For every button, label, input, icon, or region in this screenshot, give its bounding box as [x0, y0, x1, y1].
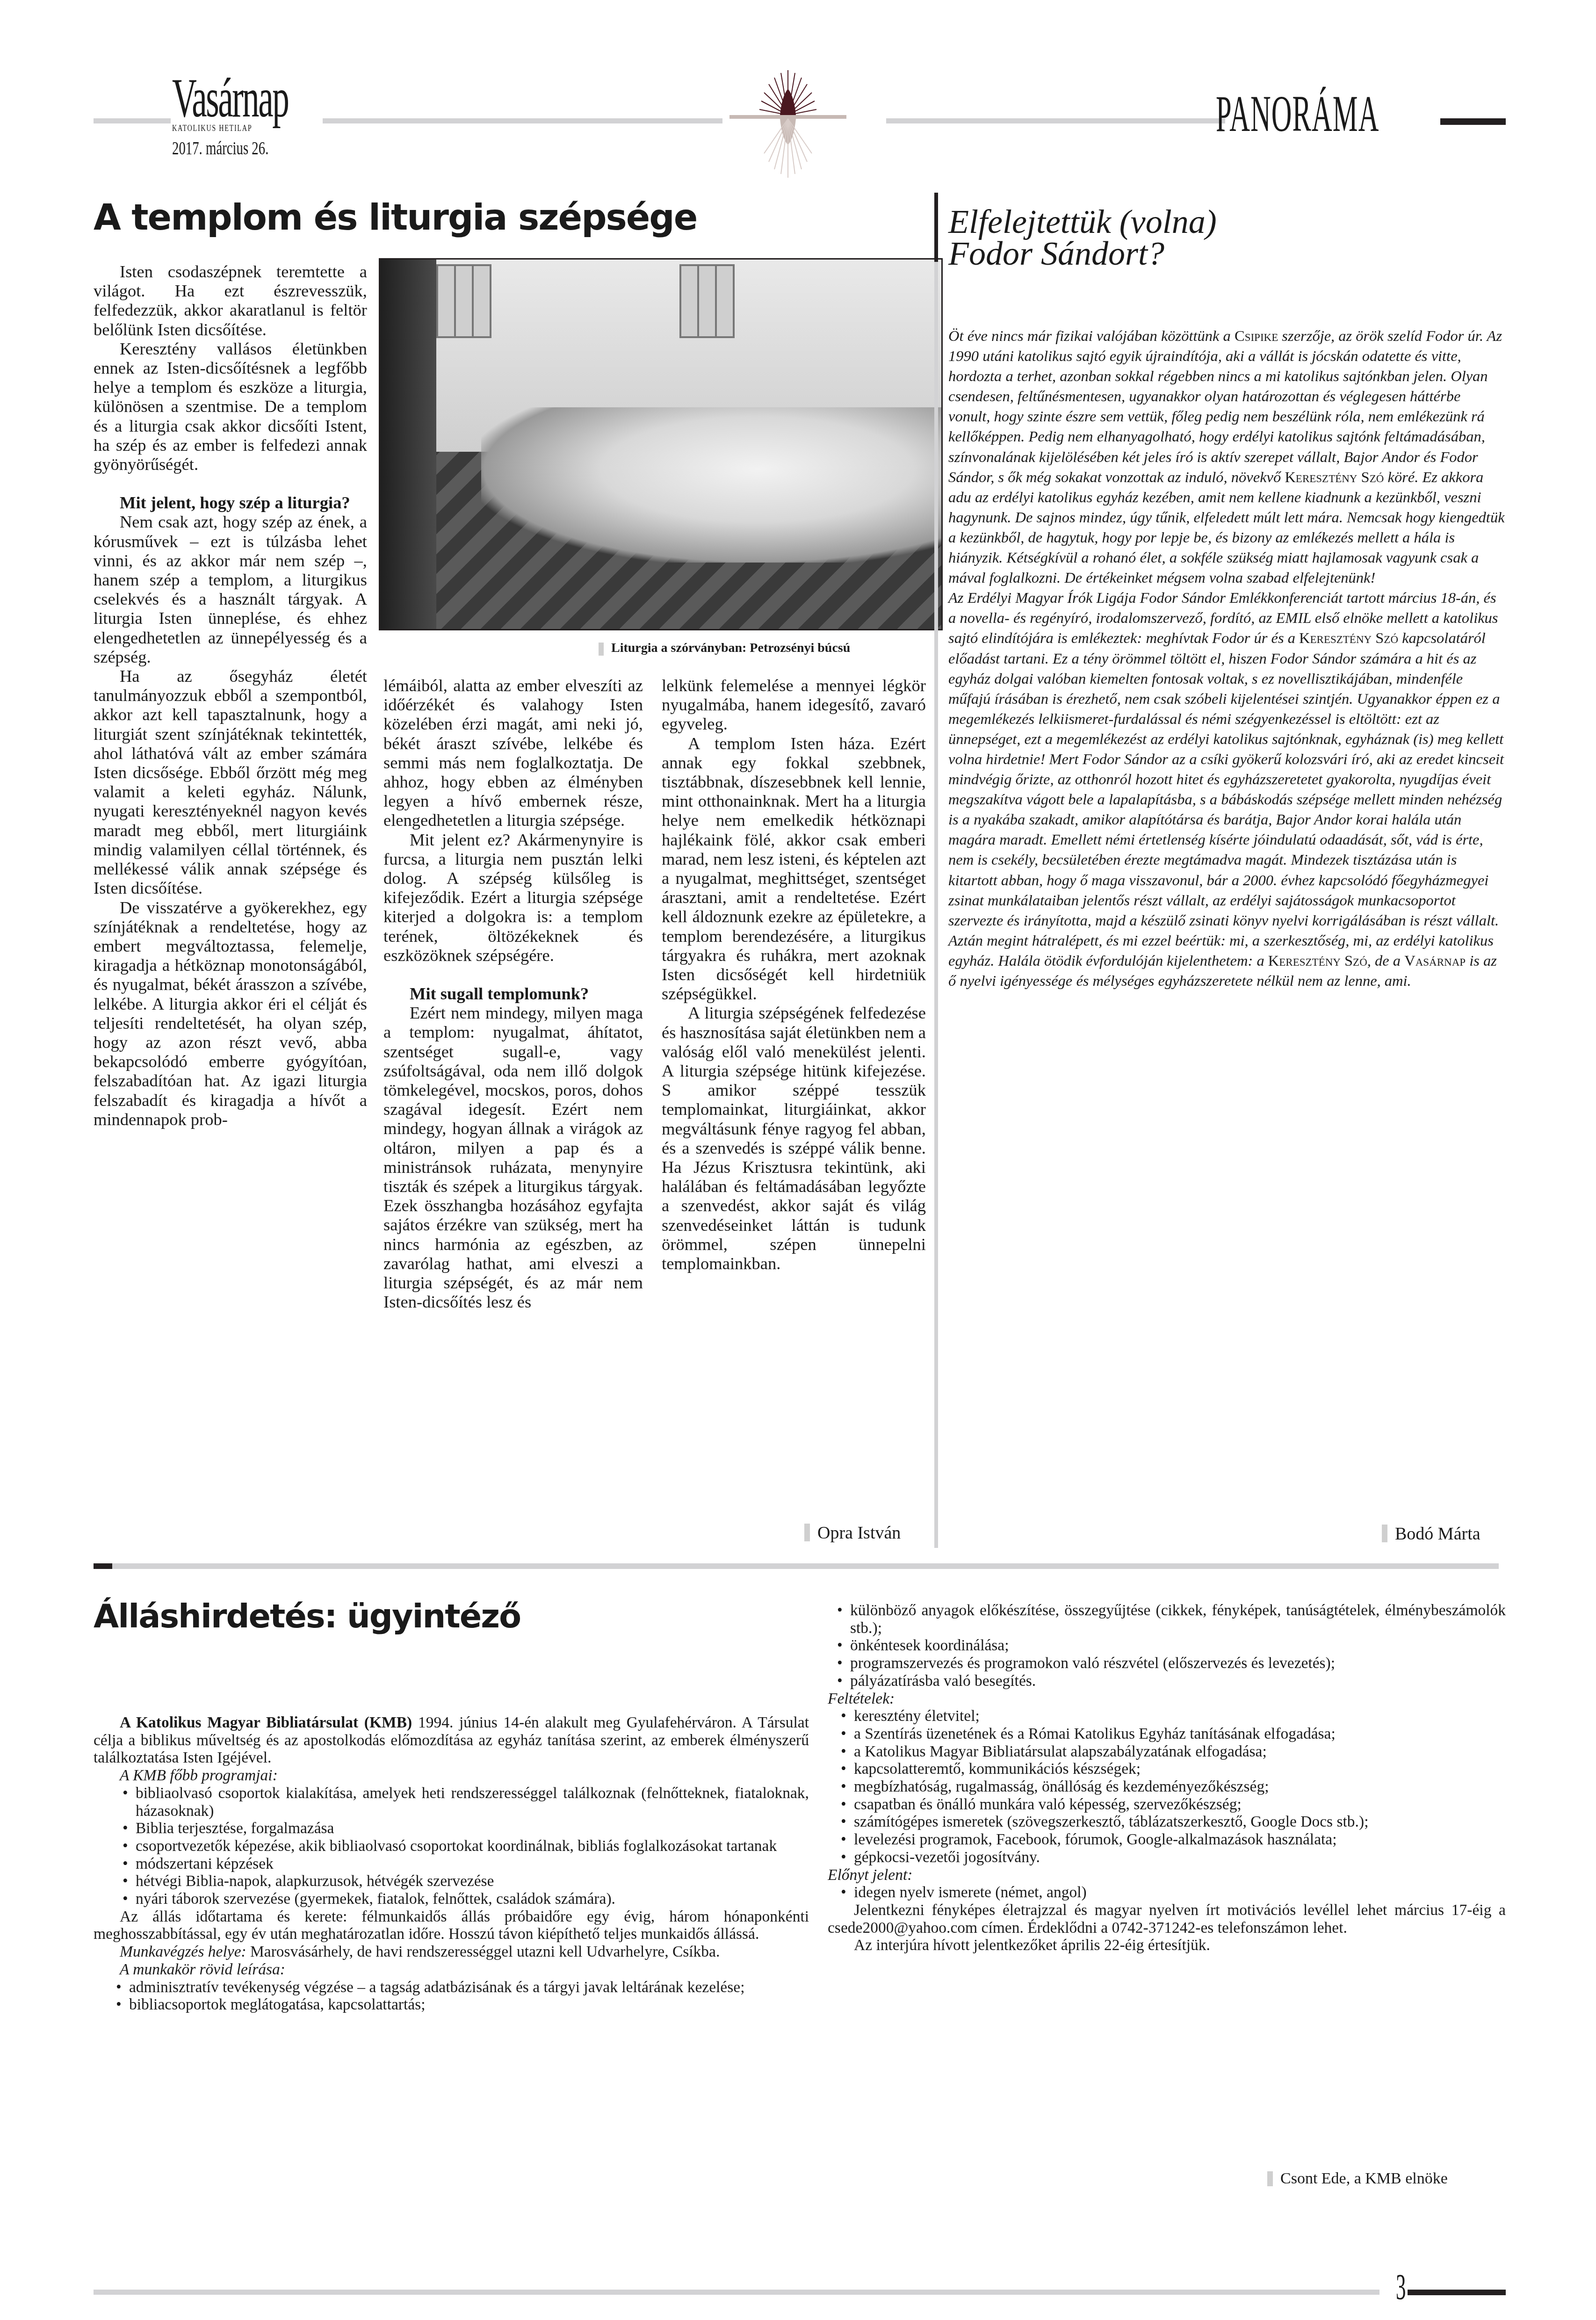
programs-label: A KMB főbb programjai:: [120, 1767, 809, 1785]
list-item: kapcsolatteremtő, kommunikációs készsége…: [847, 1760, 1506, 1778]
header-rule-mid-right: [886, 118, 1225, 123]
column-rule-light: [934, 262, 938, 1548]
duties-list-cont: különböző anyagok előkészítése, összegyű…: [828, 1602, 1506, 1690]
footer-block: [1408, 2290, 1506, 2295]
job-ad-right: különböző anyagok előkészítése, összegyű…: [828, 1602, 1506, 1954]
paragraph: Munkavégzés helye: Marosvásárhely, de ha…: [94, 1943, 809, 1961]
list-item: megbízhatóság, rugalmasság, önállóság és…: [847, 1778, 1506, 1796]
list-item: bibliaolvasó csoportok kialakítása, amel…: [129, 1785, 809, 1820]
title-line: Elfelejtettük (volna): [948, 206, 1217, 238]
list-item: pályázatírásba való besegítés.: [844, 1672, 1506, 1690]
section-separator-dark: [94, 1563, 112, 1569]
list-item: idegen nyelv ismerete (német, angol): [847, 1884, 1506, 1901]
paragraph: Keresztény vallásos életünkben ennek az …: [94, 339, 367, 474]
title-line: Fodor Sándort?: [948, 238, 1217, 269]
signature-marker: [1382, 1525, 1387, 1542]
author-name: Bodó Márta: [1395, 1524, 1480, 1544]
list-item: számítógépes ismeretek (szövegszerkesztő…: [847, 1813, 1506, 1831]
article1-col3: lelkünk felemelése a mennyei légkör nyug…: [662, 676, 926, 1273]
article1-col2: lémáiból, alatta az ember elveszíti az i…: [383, 676, 643, 1312]
advantages-label: Előnyt jelent:: [828, 1866, 1506, 1884]
article3-title: Álláshirdetés: ügyintéző: [94, 1597, 520, 1635]
article3-author: Csont Ede, a KMB elnöke: [1267, 2170, 1448, 2188]
subheading: Mit sugall templomunk?: [383, 984, 643, 1003]
list-item: nyári táborok szervezése (gyermekek, fia…: [129, 1890, 809, 1908]
paragraph: Jelentkezni fényképes életrajzzal és mag…: [828, 1901, 1506, 1937]
paragraph: De visszatérve a gyökerekhez, egy színjá…: [94, 898, 367, 1129]
paragraph: Ezért nem mindegy, milyen maga a templom…: [383, 1003, 643, 1311]
list-item: a Katolikus Magyar Bibliatársulat alapsz…: [847, 1743, 1506, 1761]
article2-title: Elfelejtettük (volna) Fodor Sándort?: [948, 206, 1217, 269]
list-item: levelezési programok, Facebook, fórumok,…: [847, 1831, 1506, 1849]
list-item: hétvégi Biblia-napok, alapkurzusok, hétv…: [129, 1872, 809, 1890]
paragraph: Öt éve nincs már fizikai valójában közöt…: [948, 326, 1505, 588]
paragraph: Az állás időtartama és kerete: félmunkai…: [94, 1908, 809, 1943]
list-item: különböző anyagok előkészítése, összegyű…: [844, 1602, 1506, 1637]
caption-marker: [599, 643, 604, 656]
header-rule-mid-left: [323, 118, 722, 123]
masthead-title: Vasárnap: [172, 75, 268, 122]
paragraph: A liturgia szépségének felfedezése és ha…: [662, 1003, 926, 1273]
paragraph: Mit jelent ez? Akármenynyire is furcsa, …: [383, 830, 643, 965]
description-label: A munkakör rövid leírása:: [120, 1961, 809, 1979]
paragraph: lelkünk felemelése a mennyei légkör nyug…: [662, 676, 926, 734]
masthead-logo: Vasárnap KATOLIKUS HETILAP 2017. március…: [172, 75, 326, 159]
list-item: módszertani képzések: [129, 1855, 809, 1873]
list-item: a Szentírás üzenetének és a Római Katoli…: [847, 1725, 1506, 1743]
list-item: csapatban és önálló munkára való képessé…: [847, 1796, 1506, 1814]
section-title-block: [1440, 118, 1506, 125]
footer-rule: [94, 2290, 1379, 2295]
header-rule-left: [94, 118, 171, 123]
signature-marker: [804, 1524, 810, 1541]
programs-list: bibliaolvasó csoportok kialakítása, amel…: [94, 1785, 809, 1908]
author-name: Opra István: [817, 1523, 901, 1543]
list-item: önkéntesek koordinálása;: [844, 1637, 1506, 1655]
signature-marker: [1267, 2171, 1273, 2186]
article2-author: Bodó Márta: [1382, 1524, 1480, 1544]
paragraph: Ha az ősegyház életét tanulmányozzuk ebb…: [94, 666, 367, 897]
list-item: csoportvezetők képezése, akik bibliaolva…: [129, 1837, 809, 1855]
paragraph: Az interjúra hívott jelentkezőket áprili…: [828, 1937, 1506, 1954]
article1-photo: [379, 258, 943, 630]
paragraph: Isten csodaszépnek teremtette a világot.…: [94, 262, 367, 339]
paragraph: lémáiból, alatta az ember elveszíti az i…: [383, 676, 643, 830]
advantages-list: idegen nyelv ismerete (német, angol): [828, 1884, 1506, 1901]
requirements-list: keresztény életvitel; a Szentírás üzenet…: [828, 1707, 1506, 1866]
list-item: programszervezés és programokon való rés…: [844, 1655, 1506, 1672]
list-item: gépkocsi-vezetői jogosítvány.: [847, 1849, 1506, 1866]
list-item: bibliacsoportok meglátogatása, kapcsolat…: [123, 1996, 809, 2014]
sunburst-icon: [729, 70, 846, 178]
duties-list: adminisztratív tevékenység végzése – a t…: [94, 1979, 809, 2014]
requirements-label: Feltételek:: [828, 1690, 1506, 1708]
section-separator-light: [112, 1563, 1499, 1569]
issue-date: 2017. március 26.: [172, 137, 283, 159]
caption-text: Liturgia a szórványban: Petrozsényi búcs…: [611, 641, 850, 655]
photo-caption: Liturgia a szórványban: Petrozsényi búcs…: [599, 641, 850, 656]
subheading: Mit jelent, hogy szép a liturgia?: [94, 493, 367, 512]
list-item: keresztény életvitel;: [847, 1707, 1506, 1725]
paragraph: Az Erdélyi Magyar Írók Ligája Fodor Sánd…: [948, 588, 1505, 991]
article2-body: Öt éve nincs már fizikai valójában közöt…: [948, 326, 1505, 991]
section-title: PANORÁMA: [1216, 84, 1379, 144]
paragraph: A Katolikus Magyar Bibliatársulat (KMB) …: [94, 1714, 809, 1767]
article1-author: Opra István: [804, 1523, 901, 1543]
paragraph: Nem csak azt, hogy szép az ének, a kórus…: [94, 512, 367, 666]
masthead-subtitle: KATOLIKUS HETILAP: [172, 123, 296, 133]
job-ad-left: A Katolikus Magyar Bibliatársulat (KMB) …: [94, 1714, 809, 2014]
article1-col1: Isten csodaszépnek teremtette a világot.…: [94, 262, 367, 1129]
list-item: adminisztratív tevékenység végzése – a t…: [123, 1979, 809, 1996]
list-item: Biblia terjesztése, forgalmazása: [129, 1820, 809, 1837]
page-number: 3: [1396, 2266, 1406, 2308]
paragraph: A templom Isten háza. Ezért annak egy fo…: [662, 734, 926, 1004]
author-name: Csont Ede, a KMB elnöke: [1280, 2170, 1448, 2187]
article1-title: A templom és liturgia szépsége: [94, 196, 697, 238]
column-rule-dark: [934, 193, 938, 262]
